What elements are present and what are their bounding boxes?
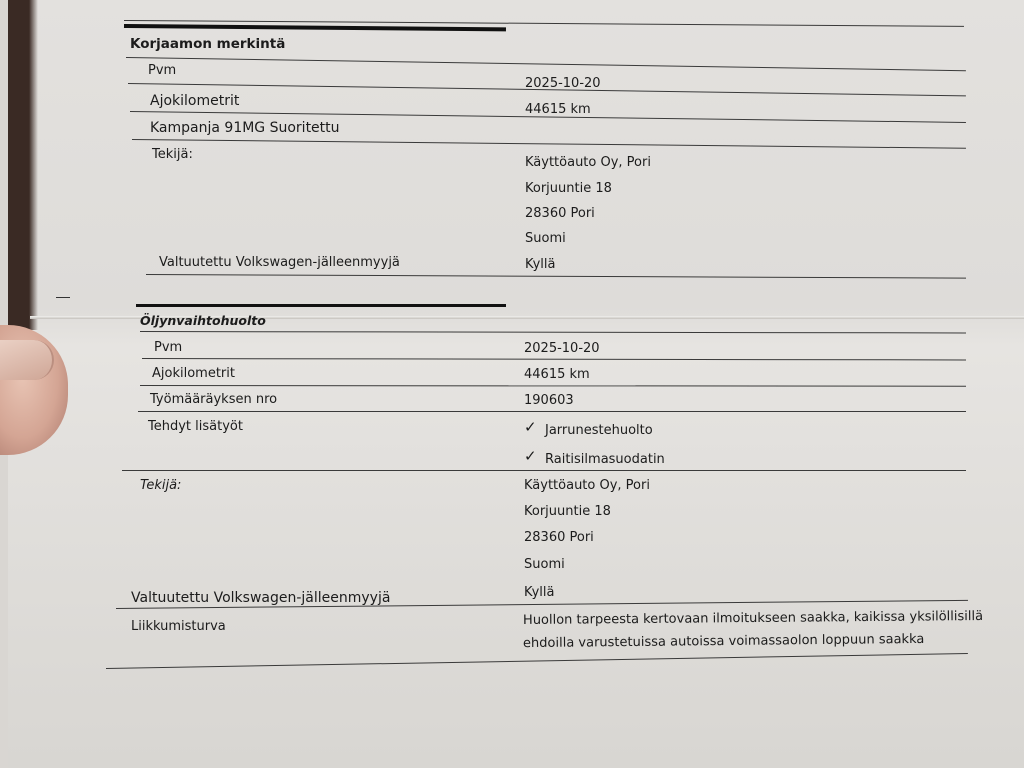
row-label-lisatyot: Tehdyt lisätyöt — [148, 419, 243, 434]
divider — [142, 358, 966, 360]
checkmark-icon: ✓ — [524, 418, 537, 436]
checkmark-icon: ✓ — [524, 447, 537, 465]
divider — [122, 470, 966, 471]
row-value-valtuutettu-2: Kyllä — [524, 585, 554, 600]
tekija-line-1: Käyttöauto Oy, Pori — [525, 155, 651, 170]
divider — [138, 411, 966, 412]
row-value-ajokilometrit: 44615 km — [525, 102, 591, 117]
row-label-tyomaarays: Työmääräyksen nro — [150, 392, 277, 407]
row-label-kampanja: Kampanja 91MG Suoritettu — [150, 120, 340, 136]
divider — [106, 653, 968, 669]
row-label-tekija-2: Tekijä: — [140, 478, 181, 493]
section-title-oljynvaihtohuolto: Öljynvaihtohuolto — [140, 313, 266, 328]
row-label-valtuutettu-2: Valtuutettu Volkswagen-jälleenmyyjä — [131, 590, 390, 606]
row-label-tekija: Tekijä: — [152, 147, 193, 162]
service-record-page: Korjaamon merkintä Pvm 2025-10-20 Ajokil… — [8, 0, 1024, 768]
row-value-ajokilometrit-2: 44615 km — [524, 367, 590, 382]
row-label-pvm: Pvm — [148, 63, 176, 78]
tekija-line-4: Suomi — [525, 231, 566, 246]
thumbnail — [0, 340, 54, 380]
liikkumisturva-line-2: ehdoilla varustetuissa autoissa voimassa… — [523, 632, 924, 651]
tekija-line-3: 28360 Pori — [525, 206, 595, 221]
row-label-ajokilometrit: Ajokilometrit — [150, 93, 239, 109]
tekija-line-2: Korjuuntie 18 — [525, 181, 612, 196]
divider — [132, 139, 966, 149]
section-rule — [124, 24, 506, 31]
row-label-liikkumisturva: Liikkumisturva — [131, 619, 226, 634]
row-label-valtuutettu: Valtuutettu Volkswagen-jälleenmyyjä — [159, 255, 400, 270]
tekija2-line-1: Käyttöauto Oy, Pori — [524, 478, 650, 493]
divider — [126, 57, 966, 71]
tekija2-line-2: Korjuuntie 18 — [524, 504, 611, 519]
edge-mark — [56, 297, 70, 298]
divider — [140, 385, 966, 387]
lisatyo-item-2: Raitisilmasuodatin — [545, 452, 665, 467]
tekija2-line-3: 28360 Pori — [524, 530, 594, 545]
row-label-pvm-2: Pvm — [154, 340, 182, 355]
divider — [146, 274, 966, 279]
row-label-ajokilometrit-2: Ajokilometrit — [152, 366, 235, 381]
section-rule — [136, 304, 506, 307]
section-title-korjaamon-merkinta: Korjaamon merkintä — [130, 36, 285, 52]
row-value-pvm-2: 2025-10-20 — [524, 341, 600, 356]
lisatyo-item-1: Jarrunestehuolto — [545, 423, 653, 438]
row-value-tyomaarays: 190603 — [524, 393, 574, 408]
row-value-valtuutettu: Kyllä — [525, 257, 555, 272]
divider — [140, 331, 966, 333]
tekija2-line-4: Suomi — [524, 557, 565, 572]
liikkumisturva-line-1: Huollon tarpeesta kertovaan ilmoitukseen… — [523, 609, 983, 628]
